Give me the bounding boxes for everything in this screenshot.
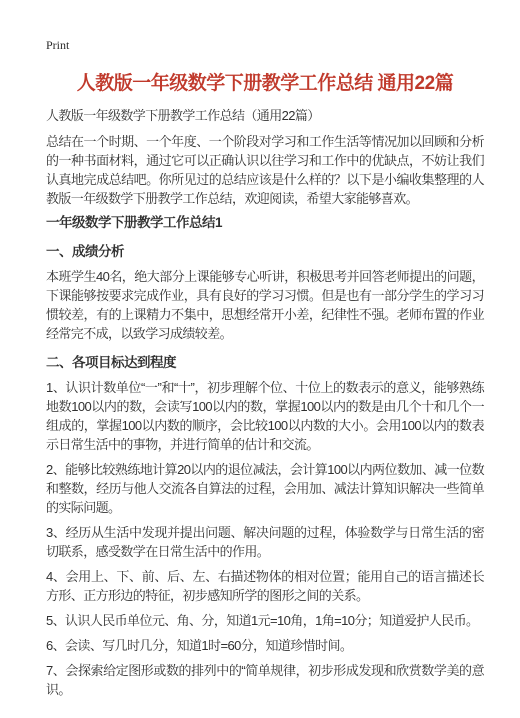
- intro-paragraph: 总结在一个时期、一个年度、一个阶段对学习和工作生活等情况加以回顾和分析的一种书面…: [46, 132, 484, 208]
- analysis-paragraph: 本班学生40名，绝大部分上课能够专心听讲，积极思考并回答老师提出的问题，下课能够…: [46, 267, 484, 343]
- goal-item-2: 2、能够比较熟练地计算20以内的退位减法，会计算100以内两位数加、减一位数和整…: [46, 460, 484, 517]
- page-subtitle: 人教版一年级数学下册教学工作总结（通用22篇）: [46, 106, 484, 125]
- goal-item-5: 5、认识人民币单位元、角、分，知道1元=10角，1角=10分；知道爱护人民币。: [46, 611, 484, 630]
- section-title: 一年级数学下册教学工作总结1: [46, 213, 484, 232]
- heading-analysis: 一、成绩分析: [46, 242, 484, 261]
- goal-item-1: 1、认识计数单位“一”和“十”，初步理解个位、十位上的数表示的意义，能够熟练地数…: [46, 378, 484, 454]
- goal-item-4: 4、会用上、下、前、后、左、右描述物体的相对位置；能用自己的语言描述长方形、正方…: [46, 567, 484, 605]
- goal-item-7: 7、会探索给定图形或数的排列中的“简单规律，初步形成发现和欣赏数学美的意识。: [46, 661, 484, 699]
- goal-item-6: 6、会读、写几时几分，知道1时=60分，知道珍惜时间。: [46, 636, 484, 655]
- print-link[interactable]: Print: [46, 38, 69, 52]
- heading-goals: 二、各项目标达到程度: [46, 353, 484, 372]
- goal-item-3: 3、经历从生活中发现并提出问题、解决问题的过程，体验数学与日常生活的密切联系，感…: [46, 523, 484, 561]
- document-page: Print 人教版一年级数学下册教学工作总结 通用22篇 人教版一年级数学下册教…: [0, 0, 520, 718]
- page-title: 人教版一年级数学下册教学工作总结 通用22篇: [46, 70, 484, 97]
